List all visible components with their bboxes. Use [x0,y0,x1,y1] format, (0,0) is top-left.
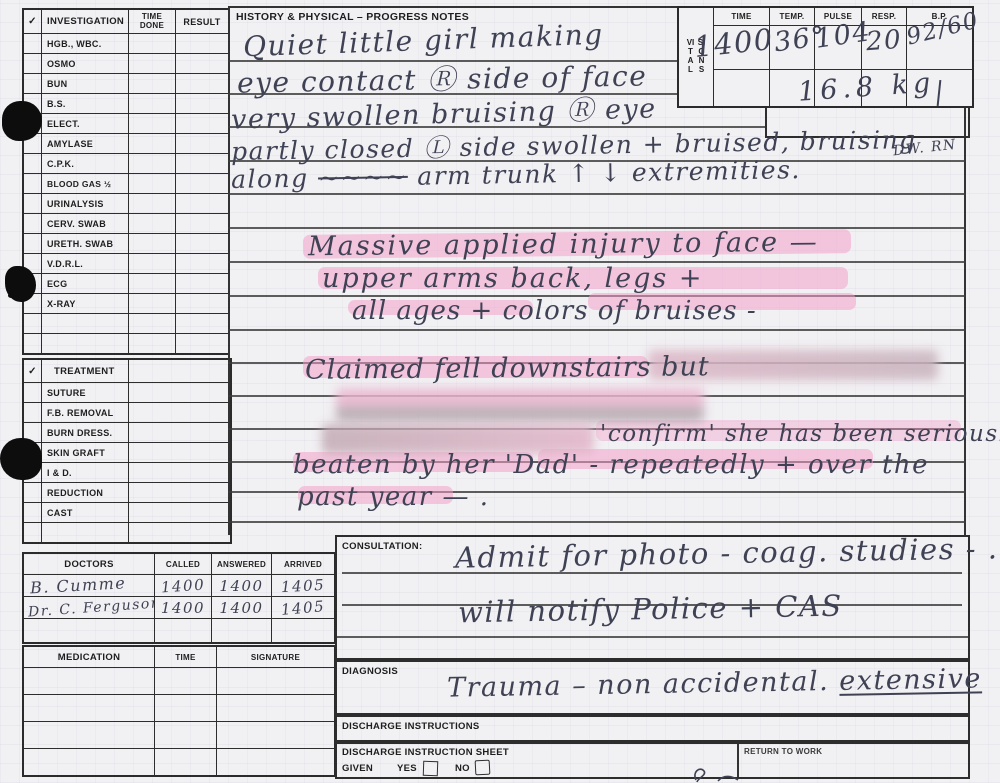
treatment-item: SUTURE [42,388,86,398]
investigation-item: C.P.K. [42,159,74,169]
temp-column-header: TEMP. [780,12,805,21]
ruled-line [228,521,966,523]
investigation-item: AMYLASE [42,139,93,149]
signature-header-cell: SIGNATURE [217,647,334,667]
note-word: along [231,164,309,194]
table-row: X-RAY [24,293,228,313]
table-row: V.D.R.L. [24,253,228,273]
doctors-header-cell: DOCTORS [24,554,155,574]
table-row: CAST [24,502,230,522]
arrived-header-cell: ARRIVED [272,554,334,574]
ruled-line [228,329,966,331]
treatment-table: ✓ TREATMENT SUTURE F.B. REMOVAL BURN DRE… [22,358,232,544]
table-row [24,694,334,721]
struck-out-word: ~~~~ [318,162,408,193]
investigation-item: ECG [42,279,67,289]
doctor-row [24,618,334,642]
treatment-item: CAST [42,508,73,518]
investigation-item: B.S. [42,99,66,109]
table-row: ELECT. [24,113,228,133]
table-row: ECG [24,273,228,293]
doctor-called-time: 1400 [161,599,205,617]
table-row: BUN [24,73,228,93]
discharge-instructions-box: DISCHARGE INSTRUCTIONS [335,715,970,742]
time-done-header: TIME DONE [135,13,169,31]
treatment-item: I & D. [42,468,72,478]
table-row: HGB., WBC. [24,33,228,53]
result-header-cell: RESULT [176,10,228,33]
table-row: I & D. [24,462,230,482]
table-row [24,333,228,353]
called-header-cell: CALLED [155,554,212,574]
resp-column-header: RESP. [872,12,896,21]
investigation-item: HGB., WBC. [42,39,102,49]
table-row [24,667,334,694]
table-row: CERV. SWAB [24,213,228,233]
doctor-arrived-time: 1405 [280,597,326,618]
time-header: TIME [175,653,195,662]
check-column-header: ✓ [24,360,42,382]
doctor-name: B. Cumme [24,575,127,596]
no-label: NO [455,763,470,774]
check-icon: ✓ [28,366,37,377]
doctor-arrived-time: 1405 [280,575,325,595]
investigation-table: ✓ INVESTIGATION TIME DONE RESULT HGB., W… [22,8,230,355]
treatment-item: F.B. REMOVAL [42,408,113,418]
answered-header: ANSWERED [217,560,266,569]
result-header: RESULT [183,17,220,27]
investigation-item: URETH. SWAB [42,239,113,249]
consultation-note: will notify Police + CAS [458,589,843,630]
table-row: URETH. SWAB [24,233,228,253]
treatment-item: SKIN GRAFT [42,448,105,458]
table-row: BLOOD GAS ½ [24,173,228,193]
time-header-cell: TIME [155,647,217,667]
ruled-line [228,193,966,195]
medication-table: MEDICATION TIME SIGNATURE [22,645,336,777]
doctor-answered-time: 1400 [219,577,263,595]
discharge-sheet-label: DISCHARGE INSTRUCTION SHEET [342,747,509,758]
note-line: all ages + colors of bruises - [352,296,757,326]
resp-value: 20 [865,25,903,57]
yes-checkbox [423,761,439,777]
medication-header-row: MEDICATION TIME SIGNATURE [24,647,334,667]
arrived-header: ARRIVED [284,560,322,569]
signature-header: SIGNATURE [251,653,300,662]
yes-label: YES [397,763,417,774]
table-row [24,721,334,748]
table-row: OSMO [24,53,228,73]
table-row [24,748,334,775]
consultation-label: CONSULTATION: [342,541,422,552]
investigation-title: INVESTIGATION [42,16,124,27]
investigation-item: X-RAY [42,299,76,309]
hole-punch [0,438,42,480]
table-row: C.P.K. [24,153,228,173]
discharge-instructions-label: DISCHARGE INSTRUCTIONS [342,721,480,732]
investigation-item: V.D.R.L. [42,259,83,269]
table-row [24,313,228,333]
medication-header: MEDICATION [58,652,120,663]
doctor-row: B. Cumme 1400 1400 1405 [24,574,334,596]
treatment-title: TREATMENT [42,366,115,377]
table-row: B.S. [24,93,228,113]
doctors-table: DOCTORS CALLED ANSWERED ARRIVED B. Cumme… [22,552,336,644]
treatment-title-cell: TREATMENT [42,360,129,382]
redacted-text [336,388,704,422]
table-row: REDUCTION [24,482,230,502]
doctors-header-row: DOCTORS CALLED ANSWERED ARRIVED [24,554,334,574]
investigation-item: BUN [42,79,67,89]
ruled-line [342,572,962,574]
doctor-row: Dr. C. Ferguson 1400 1400 1405 [24,596,334,618]
note-line: Claimed fell downstairs but [305,351,710,386]
treatment-header-row: ✓ TREATMENT [24,360,230,382]
check-column-header: ✓ [24,10,42,33]
called-header: CALLED [166,560,200,569]
investigation-item: URINALYSIS [42,199,104,209]
note-line: 'confirm' she has been seriously [600,421,1000,447]
investigation-item: CERV. SWAB [42,219,106,229]
pen-scribble [688,762,758,783]
doctor-name: Dr. C. Ferguson [24,597,155,618]
table-row: URINALYSIS [24,193,228,213]
ink-speck [8,293,14,298]
table-row: AMYLASE [24,133,228,153]
note-line: Massive applied injury to face — [308,227,819,262]
notes-header: HISTORY & PHYSICAL – PROGRESS NOTES [236,11,469,23]
note-line: beaten by her 'Dad' - repeatedly + over … [293,450,929,480]
diagnosis-underlined: extensive [839,663,982,696]
return-to-work-label: RETURN TO WORK [744,747,822,756]
treatment-item: BURN DRESS. [42,428,112,438]
note-line: past year — . [297,482,490,512]
given-label: GIVEN [342,763,373,774]
medication-header-cell: MEDICATION [24,647,155,667]
discharge-sheet-box: DISCHARGE INSTRUCTION SHEET GIVEN YES NO… [335,742,970,779]
notes-right-border [964,104,966,535]
ruled-line [337,636,968,638]
investigation-header-row: ✓ INVESTIGATION TIME DONE RESULT [24,10,228,33]
table-row [24,522,230,542]
table-row: SUTURE [24,382,230,402]
note-line: upper arms back, legs + [322,263,703,294]
no-checkbox [475,760,491,776]
table-row: F.B. REMOVAL [24,402,230,422]
time-done-header-cell: TIME DONE [129,10,176,33]
scanned-er-record: ✓ INVESTIGATION TIME DONE RESULT HGB., W… [0,0,1000,783]
notes-left-border [228,6,230,535]
investigation-item: ELECT. [42,119,80,129]
check-icon: ✓ [28,16,37,27]
investigation-item: BLOOD GAS ½ [42,179,111,189]
note-word: arm trunk ↑ ↓ extremities. [417,155,801,191]
table-row: BURN DRESS. [24,422,230,442]
doctor-called-time: 1400 [160,575,205,596]
treatment-item: REDUCTION [42,488,103,498]
doctors-header: DOCTORS [64,559,113,570]
diagnosis-label: DIAGNOSIS [342,666,398,677]
table-row: SKIN GRAFT [24,442,230,462]
time-column-header: TIME [731,12,751,21]
doctor-answered-time: 1400 [219,599,263,617]
investigation-item: OSMO [42,59,76,69]
investigation-title-cell: INVESTIGATION [42,10,129,33]
answered-header-cell: ANSWERED [212,554,272,574]
